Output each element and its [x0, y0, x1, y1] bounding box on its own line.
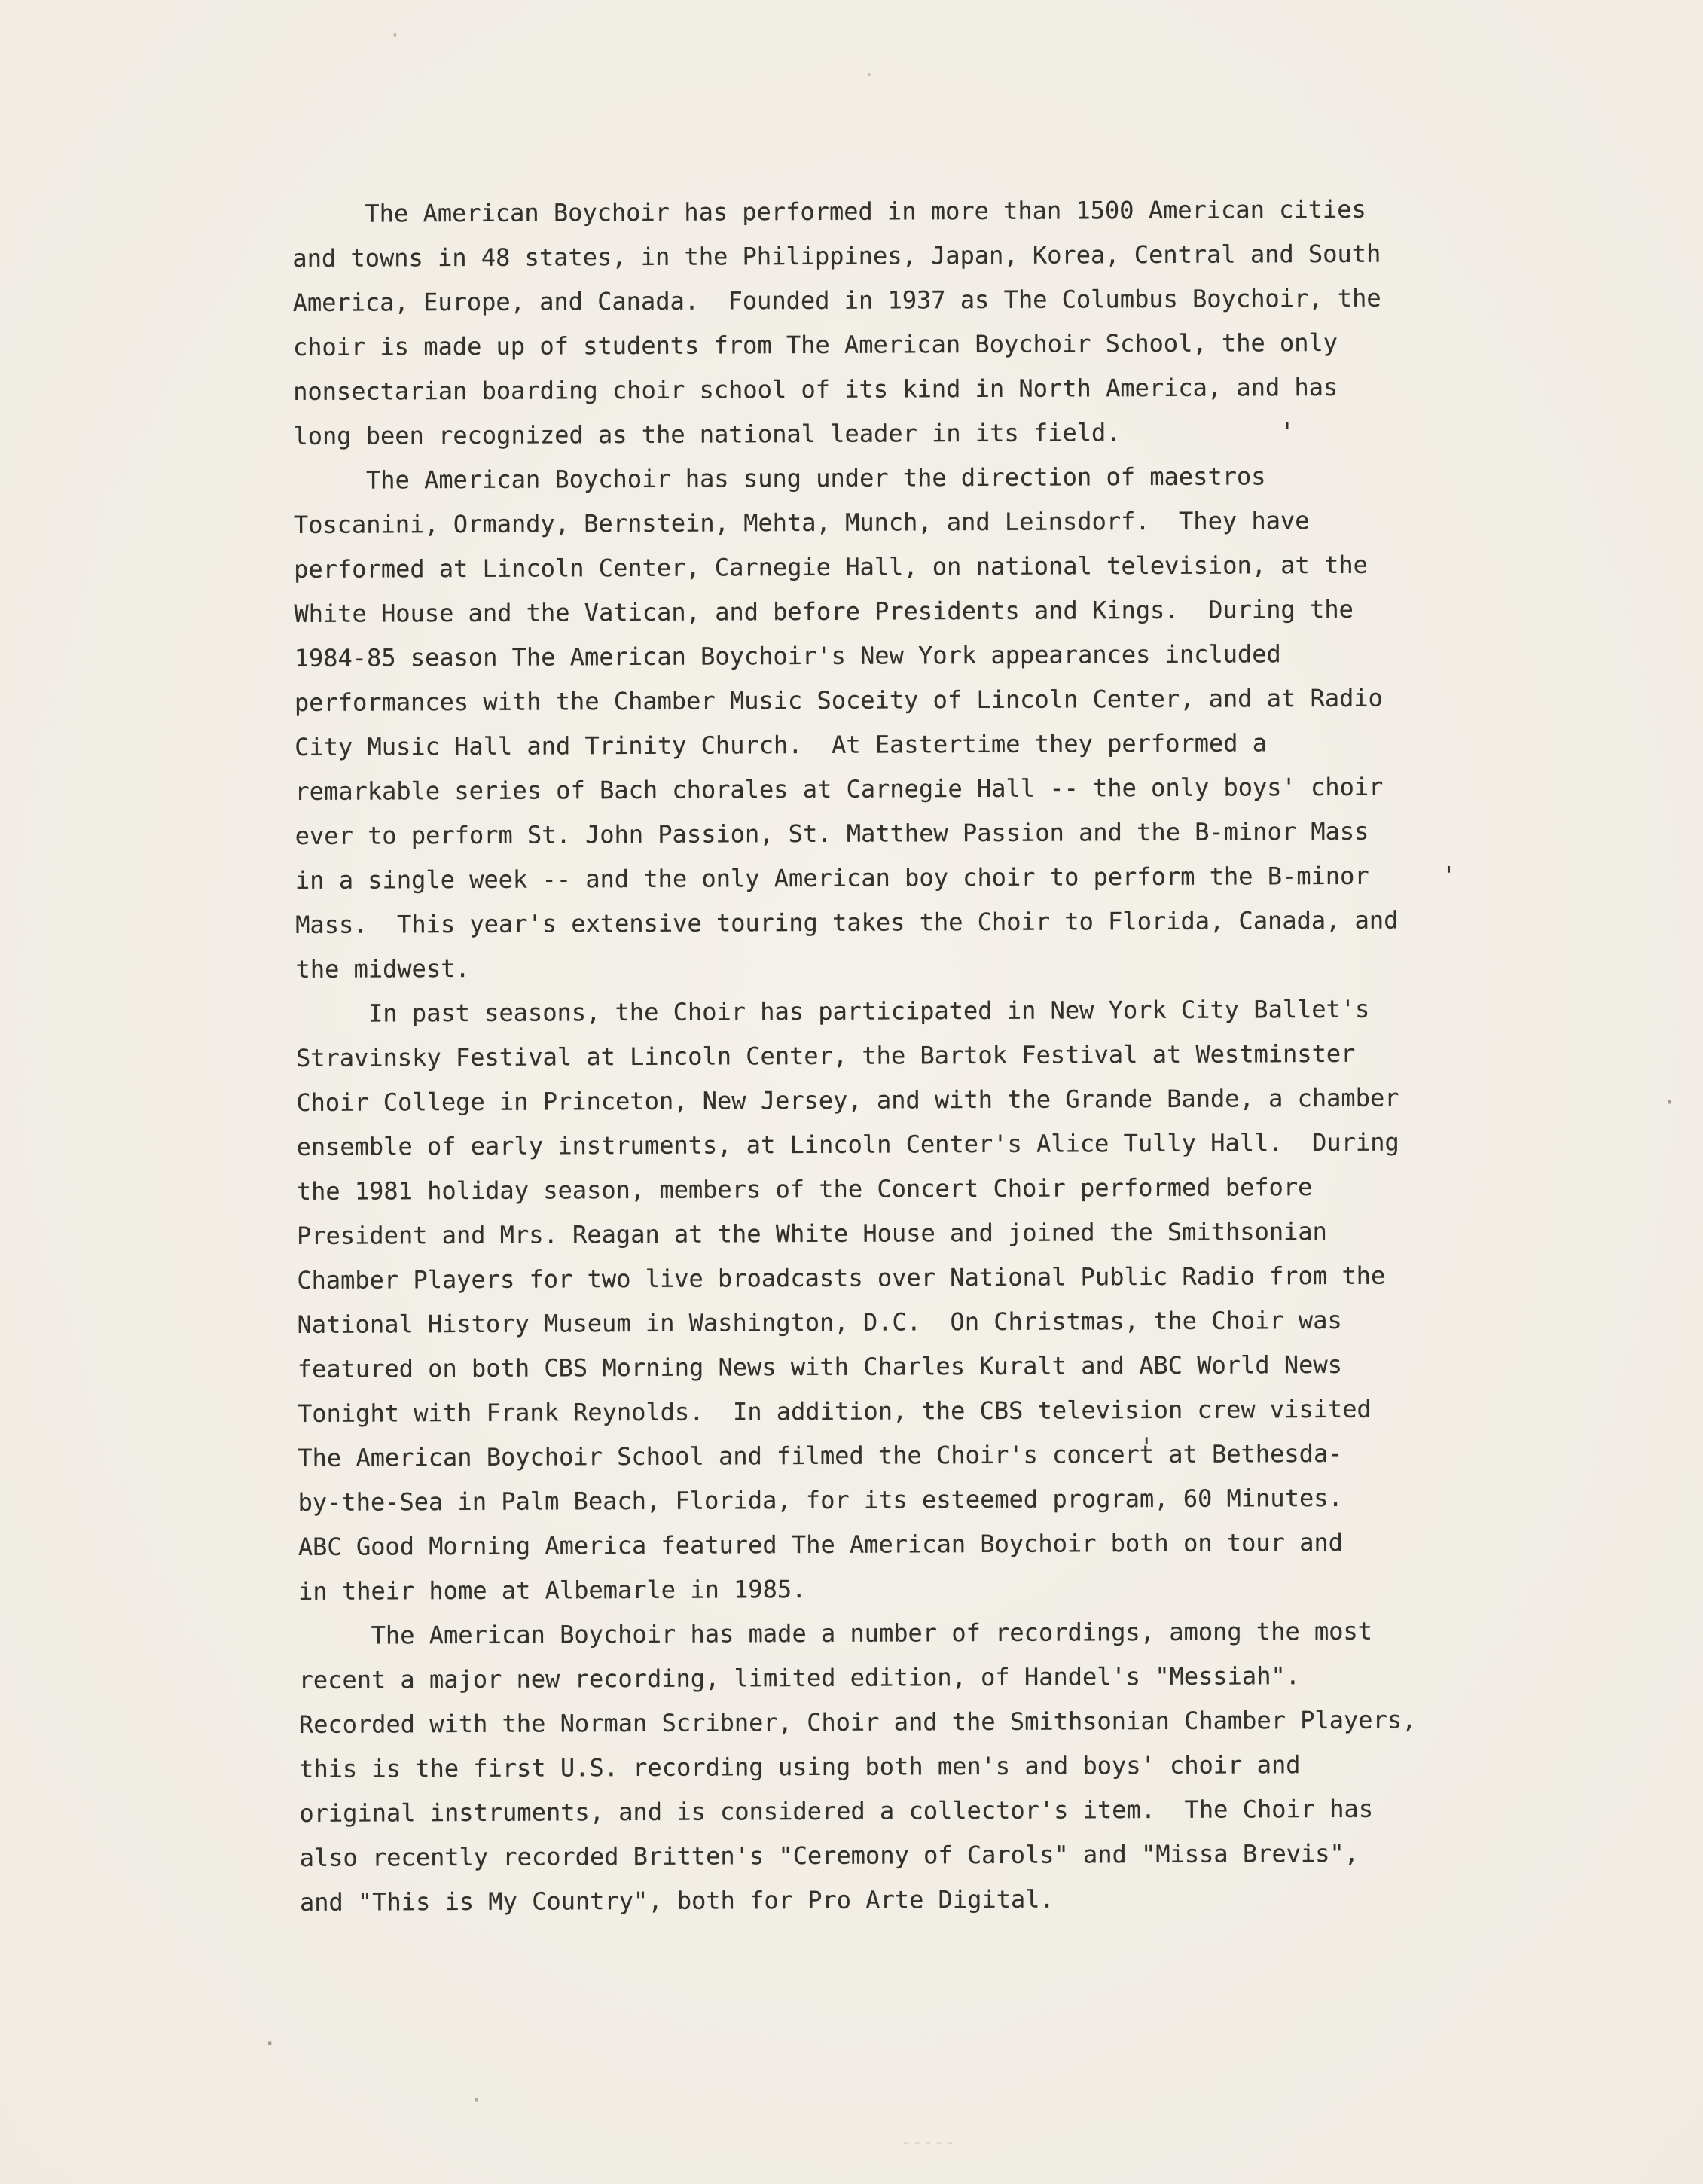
text-line: nonsectarian boarding choir school of it…: [293, 365, 1454, 414]
text-line: The American Boychoir has sung under the…: [294, 453, 1454, 503]
text-line: by-the-Sea in Palm Beach, Florida, for i…: [298, 1475, 1458, 1525]
text-line: and towns in 48 states, in the Philippin…: [292, 231, 1453, 281]
text-line: the midwest.: [295, 942, 1456, 992]
text-line: President and Mrs. Reagan at the White H…: [297, 1209, 1457, 1258]
document-page: The American Boychoir has performed in m…: [0, 0, 1703, 2184]
scan-artifact: ·: [470, 2088, 484, 2114]
paragraph: The American Boychoir has made a number …: [298, 1609, 1460, 1925]
text-line: choir is made up of students from The Am…: [293, 320, 1454, 370]
text-line: 1984-85 season The American Boychoir's N…: [295, 631, 1455, 681]
text-line: ever to perform St. John Passion, St. Ma…: [295, 809, 1456, 859]
scan-artifact: ·: [863, 64, 875, 87]
text-line: The American Boychoir has performed in m…: [292, 187, 1453, 236]
text-line: Mass. This year's extensive touring take…: [295, 898, 1456, 947]
text-line: The American Boychoir has made a number …: [298, 1609, 1459, 1658]
text-line: ensemble of early instruments, at Lincol…: [296, 1120, 1457, 1170]
text-line: original instruments, and is considered …: [299, 1786, 1460, 1836]
scan-artifact: ·: [389, 23, 401, 47]
text-line: White House and the Vatican, and before …: [294, 587, 1454, 636]
text-line: Tonight with Frank Reynolds. In addition…: [298, 1386, 1458, 1436]
paragraph: In past seasons, the Choir has participa…: [296, 987, 1460, 1614]
text-line: Recorded with the Norman Scribner, Choir…: [299, 1697, 1460, 1747]
text-line: and "This is My Country", both for Pro A…: [300, 1875, 1460, 1925]
text-line: featured on both CBS Morning News with C…: [298, 1342, 1458, 1392]
scan-artifact: ·: [262, 2029, 277, 2059]
typewritten-text: The American Boychoir has performed in m…: [292, 187, 1460, 1925]
text-line: in a single week -- and the only America…: [295, 853, 1456, 903]
text-line: City Music Hall and Trinity Church. At E…: [295, 720, 1455, 770]
scan-artifact: ·: [1662, 1087, 1677, 1118]
text-line: recent a major new recording, limited ed…: [298, 1653, 1459, 1703]
paragraph: The American Boychoir has sung under the…: [294, 453, 1457, 992]
text-line: this is the first U.S. recording using b…: [299, 1742, 1460, 1792]
text-line: Toscanini, Ormandy, Bernstein, Mehta, Mu…: [294, 498, 1454, 548]
text-line: Chamber Players for two live broadcasts …: [297, 1253, 1457, 1303]
text-line: remarkable series of Bach chorales at Ca…: [295, 764, 1455, 814]
text-line: The American Boychoir School and filmed …: [298, 1431, 1458, 1481]
text-line: performances with the Chamber Music Soce…: [295, 676, 1455, 725]
text-line: Stravinsky Festival at Lincoln Center, t…: [296, 1031, 1457, 1081]
scan-artifact: -----: [901, 2131, 955, 2152]
text-line: long been recognized as the national lea…: [293, 409, 1454, 459]
paragraph: The American Boychoir has performed in m…: [292, 187, 1454, 459]
text-line: performed at Lincoln Center, Carnegie Ha…: [294, 542, 1454, 592]
text-line: the 1981 holiday season, members of the …: [297, 1164, 1457, 1214]
text-line: also recently recorded Britten's "Ceremo…: [300, 1831, 1460, 1880]
text-line: Choir College in Princeton, New Jersey, …: [296, 1075, 1457, 1125]
text-line: America, Europe, and Canada. Founded in …: [293, 276, 1454, 325]
text-line: In past seasons, the Choir has participa…: [296, 987, 1457, 1036]
text-line: National History Museum in Washington, D…: [297, 1298, 1457, 1347]
text-line: ABC Good Morning America featured The Am…: [298, 1520, 1459, 1569]
text-line: in their home at Albemarle in 1985.: [298, 1564, 1459, 1614]
